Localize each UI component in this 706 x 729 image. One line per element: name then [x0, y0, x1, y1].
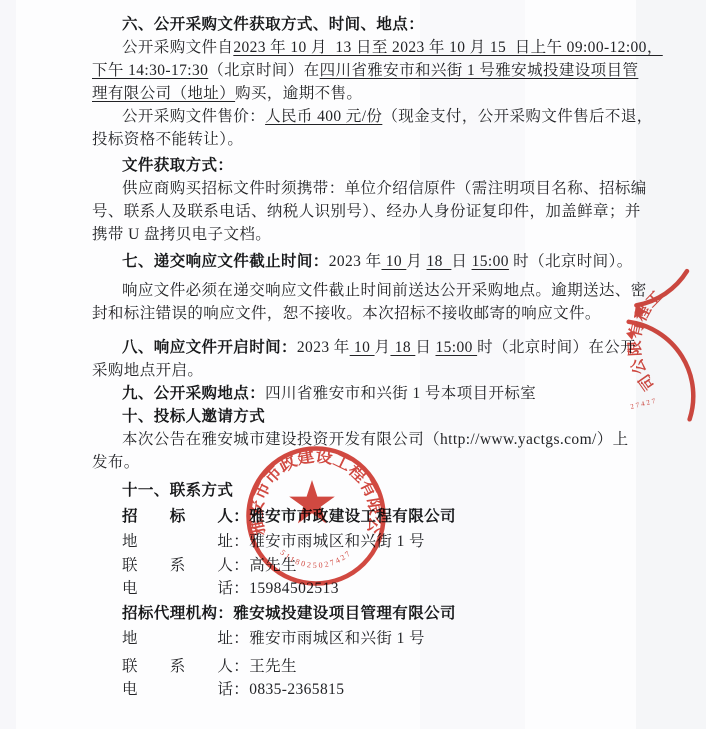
text-segment: 供应商购买招标文件时须携带：单位介绍信原件（需注明项目名称、招标编	[122, 180, 647, 197]
text-segment: 四川省雅安市和兴街 1 号本项目开标室	[265, 385, 536, 402]
text-segment: 15:00	[472, 253, 509, 270]
document-line: 封和标注错误的响应文件，恕不接收。本次招标不接收邮寄的响应文件。	[92, 302, 706, 325]
document-line: 电 话：15984502513	[92, 577, 706, 600]
text-segment: 七、递交响应文件截止时间：	[122, 253, 329, 270]
text-segment: 联 系 人：高先生	[122, 557, 297, 574]
text-segment: 18	[390, 339, 415, 356]
document-line: 理有限公司（地址）购买，逾期不售。	[92, 82, 706, 105]
text-segment: 2023 年	[297, 339, 350, 356]
text-segment: 理有限公司（地址）	[92, 85, 235, 102]
document-line: 地 址：雅安市雨城区和兴街 1 号	[92, 627, 706, 650]
text-segment: 月	[375, 339, 391, 356]
document-line: 发布。	[92, 451, 706, 474]
scan-artifact-band	[0, 0, 16, 729]
document-line: 响应文件必须在递交响应文件截止时间前送达公开采购地点。逾期送达、密	[92, 279, 706, 302]
document-line: 电 话：0835-2365815	[92, 678, 706, 701]
document-line: 招 标 人：雅安市市政建设工程有限公司	[92, 505, 706, 528]
text-segment: 九、公开采购地点：	[122, 385, 265, 402]
text-segment: 日	[451, 253, 471, 270]
text-segment: 10	[381, 253, 406, 270]
text-segment: 十、投标人邀请方式	[122, 408, 265, 425]
document-line: 本次公告在雅安城市建设投资开发有限公司（http://www.yactgs.co…	[92, 428, 706, 451]
section-heading: 九、公开采购地点：四川省雅安市和兴街 1 号本项目开标室	[92, 382, 706, 405]
text-segment: 15:00	[436, 339, 478, 356]
text-segment: 18	[427, 253, 452, 270]
section-heading: 七、递交响应文件截止时间：2023 年 10 月 18 日 15:00 时（北京…	[92, 250, 706, 273]
section-heading: 十、投标人邀请方式	[92, 405, 706, 428]
text-segment: 联 系 人：王先生	[122, 658, 297, 675]
text-segment: 地 址：雅安市雨城区和兴街 1 号	[122, 533, 425, 550]
document-line: 供应商购买招标文件时须携带：单位介绍信原件（需注明项目名称、招标编	[92, 177, 706, 200]
document-line: 公开采购文件售价：人民币 400 元/份（现金支付，公开采购文件售后不退，	[92, 105, 706, 128]
text-segment: 响应文件必须在递交响应文件截止时间前送达公开采购地点。逾期送达、密	[122, 282, 647, 299]
document-body: 六、公开采购文件获取方式、时间、地点：公开采购文件自2023 年 10 月 13…	[92, 13, 706, 701]
text-segment: （现金支付，公开采购文件售后不退，	[382, 108, 652, 125]
text-segment: 八、响应文件开启时间：	[122, 339, 297, 356]
text-segment: 六、公开采购文件获取方式、时间、地点：	[122, 16, 424, 33]
section-heading: 六、公开采购文件获取方式、时间、地点：	[92, 13, 706, 36]
document-line: 招标代理机构：雅安城投建设项目管理有限公司	[92, 602, 706, 625]
text-segment: 十一、联系方式	[122, 482, 233, 499]
text-segment: 下午 14:30-17:30	[92, 62, 208, 79]
text-segment: 时（北京时间）。	[509, 253, 633, 270]
document-line: 号、联系人及联系电话、纳税人识别号）、经办人身份证复印件，加盖鲜章；并	[92, 200, 706, 223]
section-heading: 八、响应文件开启时间：2023 年 10 月 18 日 15:00 时（北京时间…	[92, 336, 706, 359]
document-line: 投标资格不能转让）。	[92, 128, 706, 151]
text-segment: 公开采购文件售价：	[122, 108, 265, 125]
text-segment: 日	[415, 339, 435, 356]
text-segment: 招 标 人：雅安市市政建设工程有限公司	[122, 508, 456, 525]
text-segment: 月	[406, 253, 426, 270]
document-line: 携带 U 盘拷贝电子文档。	[92, 223, 706, 246]
text-segment: 10	[350, 339, 375, 356]
scanned-document-page: 六、公开采购文件获取方式、时间、地点：公开采购文件自2023 年 10 月 13…	[0, 0, 706, 729]
text-segment: 四川省雅安市和兴街 1 号雅安城投建设项目管	[320, 62, 639, 79]
text-segment: 携带 U 盘拷贝电子文档。	[92, 226, 271, 243]
document-line: 采购地点开启。	[92, 359, 706, 382]
text-segment: 本次公告在雅安城市建设投资开发有限公司（http://www.yactgs.co…	[122, 431, 629, 448]
text-segment: 2023 年 10 月 13 日至 2023 年 10 月 15 日上午 09:…	[233, 39, 662, 56]
text-segment: 时（北京时间）在公开	[477, 339, 636, 356]
text-segment: 电 话：0835-2365815	[122, 681, 344, 698]
text-segment: 文件获取方式：	[122, 157, 233, 174]
text-segment: 投标资格不能转让）。	[92, 131, 243, 148]
text-segment: 采购地点开启。	[92, 362, 203, 379]
document-line: 地 址：雅安市雨城区和兴街 1 号	[92, 530, 706, 553]
text-segment: 招标代理机构：雅安城投建设项目管理有限公司	[122, 605, 456, 622]
section-heading: 十一、联系方式	[92, 479, 706, 502]
text-segment: 封和标注错误的响应文件，恕不接收。本次招标不接收邮寄的响应文件。	[92, 305, 601, 322]
document-line: 公开采购文件自2023 年 10 月 13 日至 2023 年 10 月 15 …	[92, 36, 706, 59]
document-line: 联 系 人：王先生	[92, 655, 706, 678]
document-line: 下午 14:30-17:30（北京时间）在四川省雅安市和兴街 1 号雅安城投建设…	[92, 59, 706, 82]
section-heading: 文件获取方式：	[92, 154, 706, 177]
text-segment: 地 址：雅安市雨城区和兴街 1 号	[122, 630, 425, 647]
text-segment: 购买，逾期不售。	[235, 85, 362, 102]
text-segment: 发布。	[92, 454, 140, 471]
text-segment: 号、联系人及联系电话、纳税人识别号）、经办人身份证复印件，加盖鲜章；并	[92, 203, 641, 220]
text-segment: （北京时间）在	[208, 62, 319, 79]
text-segment: 公开采购文件自	[122, 39, 233, 56]
text-segment: 2023 年	[329, 253, 382, 270]
text-segment: 电 话：15984502513	[122, 580, 339, 597]
document-line: 联 系 人：高先生	[92, 554, 706, 577]
text-segment: 人民币 400 元/份	[265, 108, 382, 125]
